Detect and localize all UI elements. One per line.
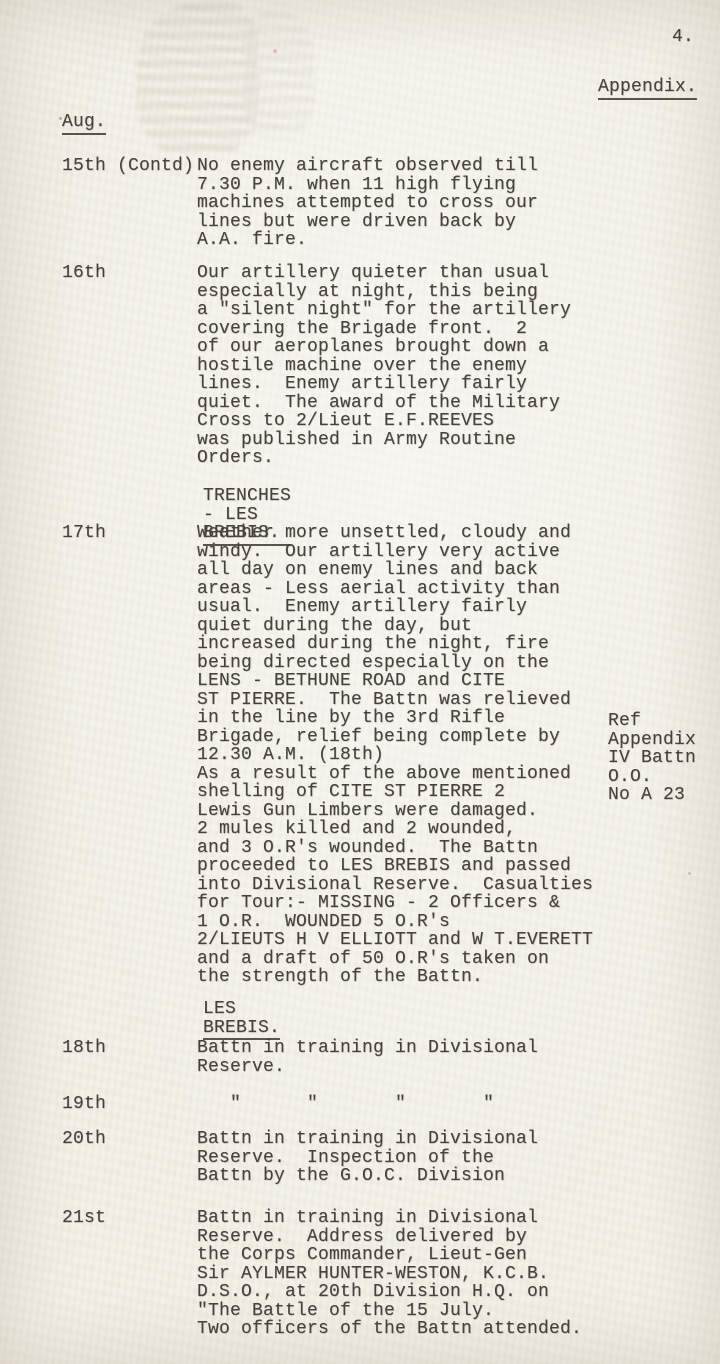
appendix-label: Appendix.	[598, 78, 697, 100]
section-heading-text: LES BREBIS.	[203, 1000, 280, 1040]
page-number: 4.	[672, 28, 694, 47]
bleed-through-texture	[244, 12, 316, 140]
section-heading: LES BREBIS.	[203, 1000, 280, 1040]
entry-text: Battn in training in Divisional Reserve.…	[197, 1130, 538, 1186]
month-label-text: Aug.	[62, 113, 106, 135]
entry-date: 18th	[62, 1039, 106, 1058]
entry-date: 21st	[62, 1209, 106, 1228]
margin-note: Ref Appendix IV Battn O.O. No A 23	[608, 712, 696, 805]
bleed-through-texture	[136, 4, 258, 156]
entry-date: 19th	[62, 1095, 106, 1114]
entry-date: 16th	[62, 264, 106, 283]
entry-text: " " " "	[197, 1095, 494, 1114]
document-page: 4. Appendix. Aug. 15th (Contd)No enemy a…	[0, 0, 720, 1364]
entry-text: Our artillery quieter than usual especia…	[197, 264, 571, 468]
entry-date: 20th	[62, 1130, 106, 1149]
appendix-label-text: Appendix.	[598, 78, 697, 100]
entry-date: 17th	[62, 524, 106, 543]
paper-speck	[273, 49, 277, 53]
paper-speck	[688, 872, 691, 875]
entry-text: Weather more unsettled, cloudy and windy…	[197, 524, 593, 987]
entry-date: 15th (Contd)	[62, 157, 194, 176]
month-label: Aug.	[62, 113, 106, 135]
entry-text: Battn in training in Divisional Reserve.	[197, 1039, 538, 1076]
entry-text: Battn in training in Divisional Reserve.…	[197, 1209, 582, 1339]
entry-text: No enemy aircraft observed till 7.30 P.M…	[197, 157, 538, 250]
